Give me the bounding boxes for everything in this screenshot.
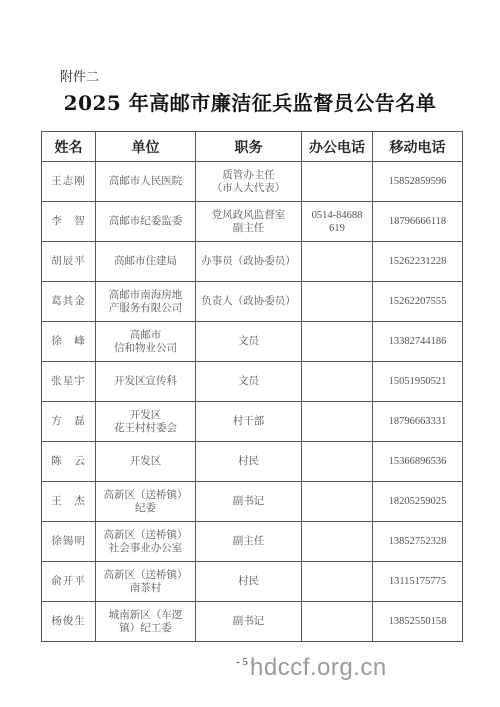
cell-name: 葛其金	[42, 282, 96, 322]
cell-office-phone	[302, 482, 373, 522]
table-row: 徐 峰高邮市信和物业公司文员13382744186	[42, 322, 463, 362]
cell-position: 村民	[196, 442, 302, 482]
cell-position: 文员	[196, 362, 302, 402]
cell-mobile: 18205259025	[373, 482, 463, 522]
table-header-row: 姓名 单位 职务 办公电话 移动电话	[42, 132, 463, 162]
cell-name: 张星宇	[42, 362, 96, 402]
table-body: 王志刚高邮市人民医院质管办主任（市人大代表）15852859596李 智高邮市纪…	[42, 162, 463, 642]
header-unit: 单位	[96, 132, 196, 162]
table-row: 王志刚高邮市人民医院质管办主任（市人大代表）15852859596	[42, 162, 463, 202]
cell-unit: 高邮市信和物业公司	[96, 322, 196, 362]
cell-mobile: 15262207555	[373, 282, 463, 322]
cell-position: 村干部	[196, 402, 302, 442]
cell-name: 方 磊	[42, 402, 96, 442]
cell-office-phone	[302, 522, 373, 562]
cell-mobile: 15262231228	[373, 242, 463, 282]
cell-unit: 高邮市南海房地产服务有限公司	[96, 282, 196, 322]
table-row: 陈 云开发区村民15366896536	[42, 442, 463, 482]
cell-office-phone	[302, 442, 373, 482]
cell-unit: 高邮市纪委监委	[96, 202, 196, 242]
table-row: 杨俊生城南新区（车逻镇）纪工委副书记13852550158	[42, 602, 463, 642]
cell-position: 负责人（政协委员）	[196, 282, 302, 322]
cell-position: 办事员（政协委员）	[196, 242, 302, 282]
table-row: 俞开平高新区（送桥镇）南茶村村民13115175775	[42, 562, 463, 602]
cell-name: 王 杰	[42, 482, 96, 522]
header-mobile: 移动电话	[373, 132, 463, 162]
cell-mobile: 15051950521	[373, 362, 463, 402]
cell-office-phone	[302, 242, 373, 282]
header-name: 姓名	[42, 132, 96, 162]
cell-mobile: 13382744186	[373, 322, 463, 362]
cell-office-phone	[302, 322, 373, 362]
watermark: hdccf.org.cn	[250, 654, 387, 682]
cell-unit: 开发区	[96, 442, 196, 482]
table-row: 徐锡明高新区（送桥镇）社会事业办公室副主任13852752328	[42, 522, 463, 562]
header-position: 职务	[196, 132, 302, 162]
cell-office-phone	[302, 602, 373, 642]
cell-unit: 高新区（送桥镇）南茶村	[96, 562, 196, 602]
cell-office-phone	[302, 362, 373, 402]
cell-unit: 高邮市人民医院	[96, 162, 196, 202]
cell-mobile: 13852752328	[373, 522, 463, 562]
table-row: 张星宇开发区宣传科文员15051950521	[42, 362, 463, 402]
cell-name: 王志刚	[42, 162, 96, 202]
cell-office-phone: 0514-84688619	[302, 202, 373, 242]
cell-office-phone	[302, 562, 373, 602]
table-row: 葛其金高邮市南海房地产服务有限公司负责人（政协委员）15262207555	[42, 282, 463, 322]
table-row: 王 杰高新区（送桥镇）纪委副书记18205259025	[42, 482, 463, 522]
cell-unit: 城南新区（车逻镇）纪工委	[96, 602, 196, 642]
cell-name: 俞开平	[42, 562, 96, 602]
cell-name: 杨俊生	[42, 602, 96, 642]
supervisor-roster-table: 姓名 单位 职务 办公电话 移动电话 王志刚高邮市人民医院质管办主任（市人大代表…	[41, 131, 463, 642]
cell-name: 胡辰平	[42, 242, 96, 282]
cell-office-phone	[302, 282, 373, 322]
cell-position: 文员	[196, 322, 302, 362]
cell-mobile: 18796666118	[373, 202, 463, 242]
cell-mobile: 13852550158	[373, 602, 463, 642]
cell-office-phone	[302, 162, 373, 202]
cell-name: 陈 云	[42, 442, 96, 482]
cell-position: 村民	[196, 562, 302, 602]
attachment-label: 附件二	[60, 66, 99, 85]
table-row: 方 磊开发区花王村村委会村干部18796663331	[42, 402, 463, 442]
header-office-phone: 办公电话	[302, 132, 373, 162]
cell-name: 徐锡明	[42, 522, 96, 562]
cell-position: 副书记	[196, 602, 302, 642]
cell-unit: 高新区（送桥镇）社会事业办公室	[96, 522, 196, 562]
cell-mobile: 15366896536	[373, 442, 463, 482]
cell-unit: 高新区（送桥镇）纪委	[96, 482, 196, 522]
cell-unit: 高邮市住建局	[96, 242, 196, 282]
cell-position: 质管办主任（市人大代表）	[196, 162, 302, 202]
cell-position: 副书记	[196, 482, 302, 522]
cell-unit: 开发区宣传科	[96, 362, 196, 402]
table-row: 胡辰平高邮市住建局办事员（政协委员）15262231228	[42, 242, 463, 282]
cell-mobile: 15852859596	[373, 162, 463, 202]
cell-position: 副主任	[196, 522, 302, 562]
page-title: 2025 年高邮市廉洁征兵监督员公告名单	[0, 87, 500, 116]
table-row: 李 智高邮市纪委监委党风政风监督室副主任0514-846886191879666…	[42, 202, 463, 242]
cell-name: 李 智	[42, 202, 96, 242]
cell-mobile: 13115175775	[373, 562, 463, 602]
cell-position: 党风政风监督室副主任	[196, 202, 302, 242]
cell-mobile: 18796663331	[373, 402, 463, 442]
cell-unit: 开发区花王村村委会	[96, 402, 196, 442]
cell-office-phone	[302, 402, 373, 442]
cell-name: 徐 峰	[42, 322, 96, 362]
